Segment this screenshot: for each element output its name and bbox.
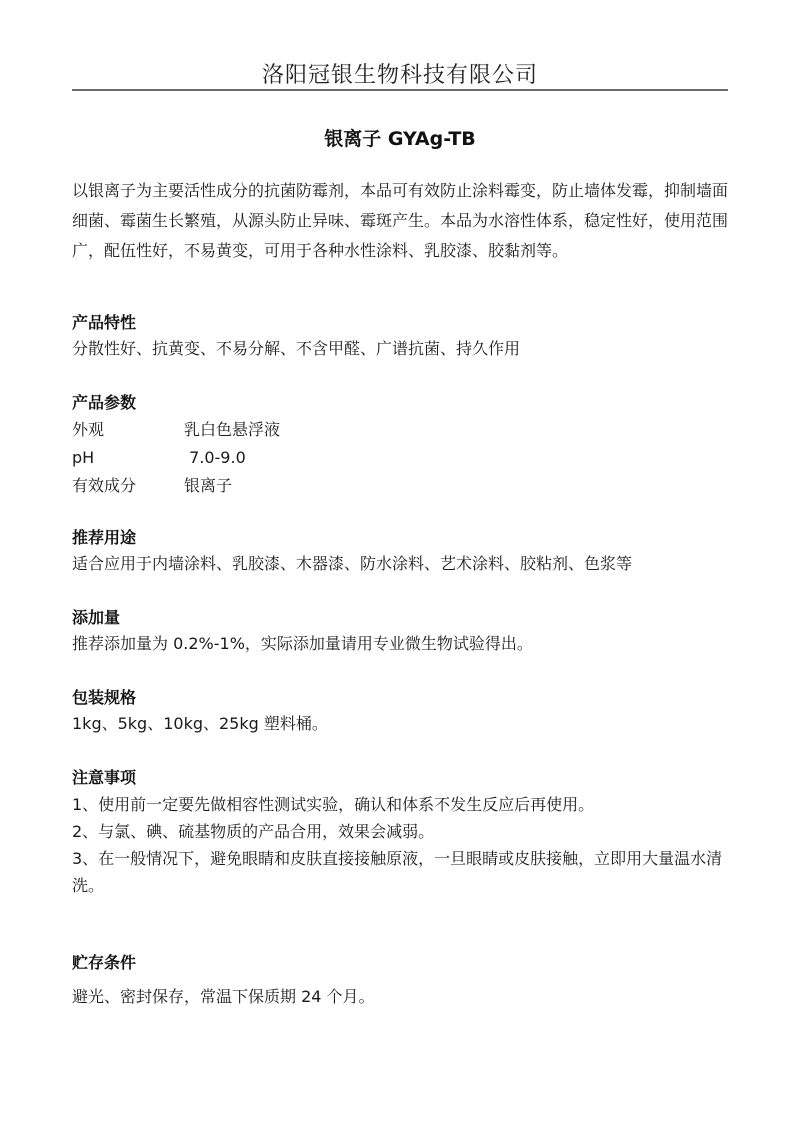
- section-title: 产品特性: [72, 310, 742, 336]
- param-key: 有效成分: [72, 472, 184, 500]
- section-text: 1kg、5kg、10kg、25kg 塑料桶。: [72, 711, 742, 737]
- section-title: 注意事项: [72, 765, 742, 791]
- document-title: 银离子 GYAg-TB: [0, 124, 800, 151]
- section-text: 推荐添加量为 0.2%-1%，实际添加量请用专业微生物试验得出。: [72, 631, 742, 657]
- param-row: pH 7.0-9.0: [72, 444, 742, 472]
- section-title: 添加量: [72, 605, 742, 631]
- note-item: 3、在一般情况下，避免眼睛和皮肤直接接触原液，一旦眼睛或皮肤接触，立即用大量温水…: [72, 845, 742, 899]
- section-title: 贮存条件: [72, 950, 742, 976]
- section-notes: 注意事项 1、使用前一定要先做相容性测试实验，确认和体系不发生反应后再使用。 2…: [72, 765, 742, 899]
- section-text: 避光、密封保存，常温下保质期 24 个月。: [72, 984, 742, 1010]
- section-title: 产品参数: [72, 390, 742, 416]
- section-dosage: 添加量 推荐添加量为 0.2%-1%，实际添加量请用专业微生物试验得出。: [72, 605, 742, 657]
- section-storage: 贮存条件 避光、密封保存，常温下保质期 24 个月。: [72, 950, 742, 1010]
- section-text: 适合应用于内墙涂料、乳胶漆、木器漆、防水涂料、艺术涂料、胶粘剂、色浆等: [72, 551, 742, 577]
- intro-paragraph: 以银离子为主要活性成分的抗菌防霉剂，本品可有效防止涂料霉变，防止墙体发霉，抑制墙…: [72, 176, 732, 266]
- param-value: 7.0-9.0: [184, 444, 246, 472]
- param-value: 银离子: [184, 472, 232, 500]
- section-features: 产品特性 分散性好、抗黄变、不易分解、不含甲醛、广谱抗菌、持久作用: [72, 310, 742, 362]
- section-packaging: 包装规格 1kg、5kg、10kg、25kg 塑料桶。: [72, 685, 742, 737]
- company-header: 洛阳冠银生物科技有限公司: [0, 58, 800, 89]
- section-params: 产品参数 外观 乳白色悬浮液 pH 7.0-9.0 有效成分 银离子: [72, 390, 742, 500]
- note-item: 2、与氯、碘、硫基物质的产品合用，效果会减弱。: [72, 818, 742, 845]
- note-item: 1、使用前一定要先做相容性测试实验，确认和体系不发生反应后再使用。: [72, 791, 742, 818]
- section-text: 分散性好、抗黄变、不易分解、不含甲醛、广谱抗菌、持久作用: [72, 336, 742, 362]
- header-divider: [72, 89, 728, 91]
- param-row: 有效成分 银离子: [72, 472, 742, 500]
- section-title: 推荐用途: [72, 525, 742, 551]
- param-key: 外观: [72, 416, 184, 444]
- section-usage: 推荐用途 适合应用于内墙涂料、乳胶漆、木器漆、防水涂料、艺术涂料、胶粘剂、色浆等: [72, 525, 742, 577]
- param-row: 外观 乳白色悬浮液: [72, 416, 742, 444]
- param-value: 乳白色悬浮液: [184, 416, 280, 444]
- section-title: 包装规格: [72, 685, 742, 711]
- param-key: pH: [72, 444, 184, 472]
